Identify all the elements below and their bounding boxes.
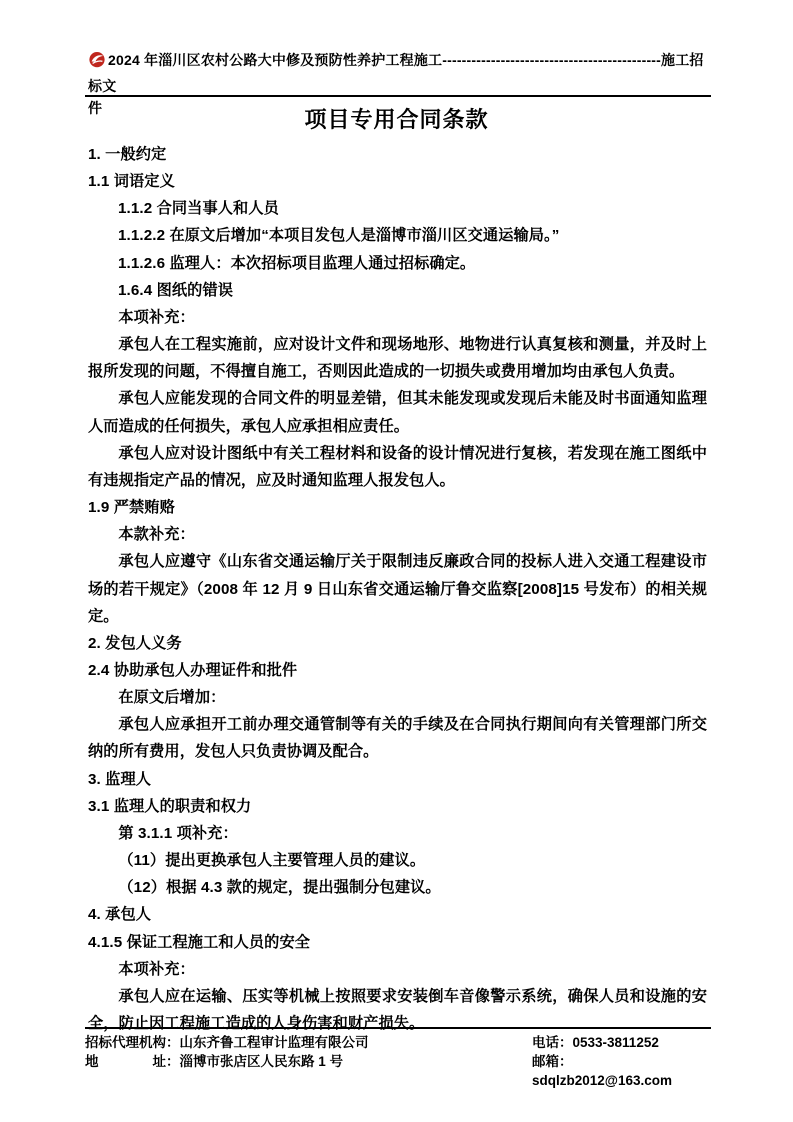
- sub-heading: 1.6.4 图纸的错误: [88, 277, 707, 304]
- section-heading: 4.1.5 保证工程施工和人员的安全: [88, 929, 707, 956]
- footer-phone-value: 0533-3811252: [573, 1035, 659, 1050]
- document-body: 1. 一般约定 1.1 词语定义 1.1.2 合同当事人和人员 1.1.2.2 …: [88, 141, 707, 1037]
- footer-email-label: 邮箱：: [532, 1054, 573, 1069]
- footer-phone-label: 电话：: [532, 1035, 573, 1050]
- footer-address-line: 地 址：淄博市张店区人民东路 1 号: [85, 1052, 532, 1071]
- footer-phone-line: 电话：0533-3811252: [532, 1033, 711, 1052]
- sub-heading: 1.1.2.6 监理人：本次招标项目监理人通过招标确定。: [88, 250, 707, 277]
- header-text-line1: 2024 年淄川区农村公路大中修及预防性养护工程施工--------------…: [88, 52, 704, 94]
- footer-address-value: 淄博市张店区人民东路 1 号: [180, 1054, 344, 1069]
- page-title: 项目专用合同条款: [0, 103, 793, 134]
- paragraph: 本项补充：: [88, 956, 707, 983]
- page-footer: 招标代理机构：山东齐鲁工程审计监理有限公司 地 址：淄博市张店区人民东路 1 号…: [85, 1027, 711, 1090]
- footer-email-value: sdqlzb2012@163.com: [532, 1073, 672, 1088]
- section-heading: 3.1 监理人的职责和权力: [88, 793, 707, 820]
- footer-agency-value: 山东齐鲁工程审计监理有限公司: [180, 1035, 369, 1050]
- footer-agency-label: 招标代理机构：: [85, 1035, 180, 1050]
- sub-heading: 1.1.2.2 在原文后增加“本项目发包人是淄博市淄川区交通运输局。”: [88, 222, 707, 249]
- paragraph: 承包人应遵守《山东省交通运输厅关于限制违反廉政合同的投标人进入交通工程建设市场的…: [88, 548, 707, 629]
- footer-left-column: 招标代理机构：山东齐鲁工程审计监理有限公司 地 址：淄博市张店区人民东路 1 号: [85, 1033, 532, 1090]
- section-heading: 1. 一般约定: [88, 141, 707, 168]
- paragraph: 本项补充：: [88, 304, 707, 331]
- paragraph: 在原文后增加：: [88, 684, 707, 711]
- section-heading: 1.1 词语定义: [88, 168, 707, 195]
- footer-right-column: 电话：0533-3811252 邮箱：sdqlzb2012@163.com: [532, 1033, 711, 1090]
- footer-agency-line: 招标代理机构：山东齐鲁工程审计监理有限公司: [85, 1033, 532, 1052]
- company-logo-icon: [88, 51, 107, 75]
- paragraph: （12）根据 4.3 款的规定，提出强制分包建议。: [88, 874, 707, 901]
- section-heading: 2.4 协助承包人办理证件和批件: [88, 657, 707, 684]
- sub-heading: 1.1.2 合同当事人和人员: [88, 195, 707, 222]
- section-heading: 2. 发包人义务: [88, 630, 707, 657]
- section-heading: 3. 监理人: [88, 766, 707, 793]
- paragraph: 承包人在工程实施前，应对设计文件和现场地形、地物进行认真复核和测量，并及时上报所…: [88, 331, 707, 385]
- section-heading: 4. 承包人: [88, 901, 707, 928]
- footer-email-line: 邮箱：sdqlzb2012@163.com: [532, 1052, 711, 1090]
- document-page: 2024 年淄川区农村公路大中修及预防性养护工程施工--------------…: [0, 0, 793, 1122]
- paragraph: （11）提出更换承包人主要管理人员的建议。: [88, 847, 707, 874]
- paragraph: 承包人应承担开工前办理交通管制等有关的手续及在合同执行期间向有关管理部门所交纳的…: [88, 711, 707, 765]
- paragraph: 第 3.1.1 项补充：: [88, 820, 707, 847]
- footer-address-label: 地 址：: [85, 1054, 180, 1069]
- paragraph: 本款补充：: [88, 521, 707, 548]
- paragraph: 承包人应能发现的合同文件的明显差错，但其未能发现或发现后未能及时书面通知监理人而…: [88, 385, 707, 439]
- header-rule: [85, 95, 711, 97]
- paragraph: 承包人应对设计图纸中有关工程材料和设备的设计情况进行复核，若发现在施工图纸中有违…: [88, 440, 707, 494]
- section-heading: 1.9 严禁贿赂: [88, 494, 707, 521]
